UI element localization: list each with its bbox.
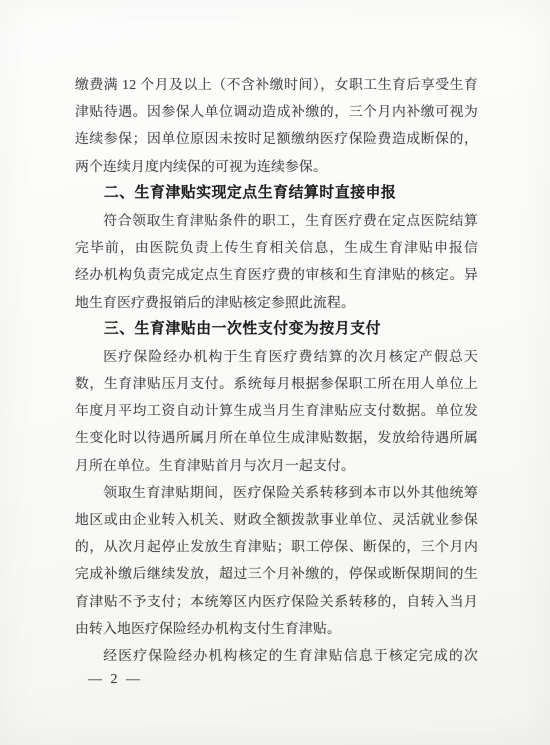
text-line: 月所在单位。生育津贴首月与次月一起支付。 [75,452,478,479]
text-line: 连续参保；因单位原因未按时足额缴纳医疗保险费造成断保的， [75,125,478,152]
text-line: 地区或由企业转入机关、财政全额拨款事业单位、灵活就业参保 [75,506,478,533]
text-line: 两个连续月度内续保的可视为连续参保。 [75,153,478,180]
text-line: 领取生育津贴期间，医疗保险关系转移到本市以外其他统筹 [75,479,478,506]
text-line: 经办机构负责完成定点生育医疗费的审核和生育津贴的核定。异 [75,261,478,288]
document-body: 缴费满 12 个月及以上（不含补缴时间），女职工生育后享受生育津贴待遇。因参保人… [75,71,478,669]
text-line: 的，从次月起停止发放生育津贴；职工停保、断保的，三个月内 [75,533,478,560]
text-line: 年度月平均工资自动计算生成当月生育津贴应支付数据。单位发 [75,397,478,424]
section-heading: 二、生育津贴实现定点生育结算时直接申报 [75,180,478,207]
text-line: 符合领取生育津贴条件的职工，生育医疗费在定点医院结算 [75,207,478,234]
page-number: — 2 — [88,666,143,693]
text-line: 津贴待遇。因参保人单位调动造成补缴的，三个月内补缴可视为 [75,98,478,125]
text-line: 医疗保险经办机构于生育医疗费结算的次月核定产假总天 [75,343,478,370]
text-line: 生变化时以待遇所属月所在单位生成津贴数据，发放给待遇所属 [75,424,478,451]
text-line: 缴费满 12 个月及以上（不含补缴时间），女职工生育后享受生育 [75,71,478,98]
text-line: 完成补缴后继续发放，超过三个月补缴的，停保或断保期间的生 [75,560,478,587]
text-line: 育津贴不予支付；本统筹区内医疗保险关系转移的，自转入当月 [75,588,478,615]
text-line: 由转入地医疗保险经办机构支付生育津贴。 [75,615,478,642]
text-line: 地生育医疗费报销后的津贴核定参照此流程。 [75,289,478,316]
text-line: 数，生育津贴压月支付。系统每月根据参保职工所在用人单位上 [75,370,478,397]
section-heading: 三、生育津贴由一次性支付变为按月支付 [75,316,478,343]
text-line: 完毕前，由医院负责上传生育相关信息，生成生育津贴申报信息。 [75,234,478,261]
scanned-document-page: 缴费满 12 个月及以上（不含补缴时间），女职工生育后享受生育津贴待遇。因参保人… [0,0,550,745]
